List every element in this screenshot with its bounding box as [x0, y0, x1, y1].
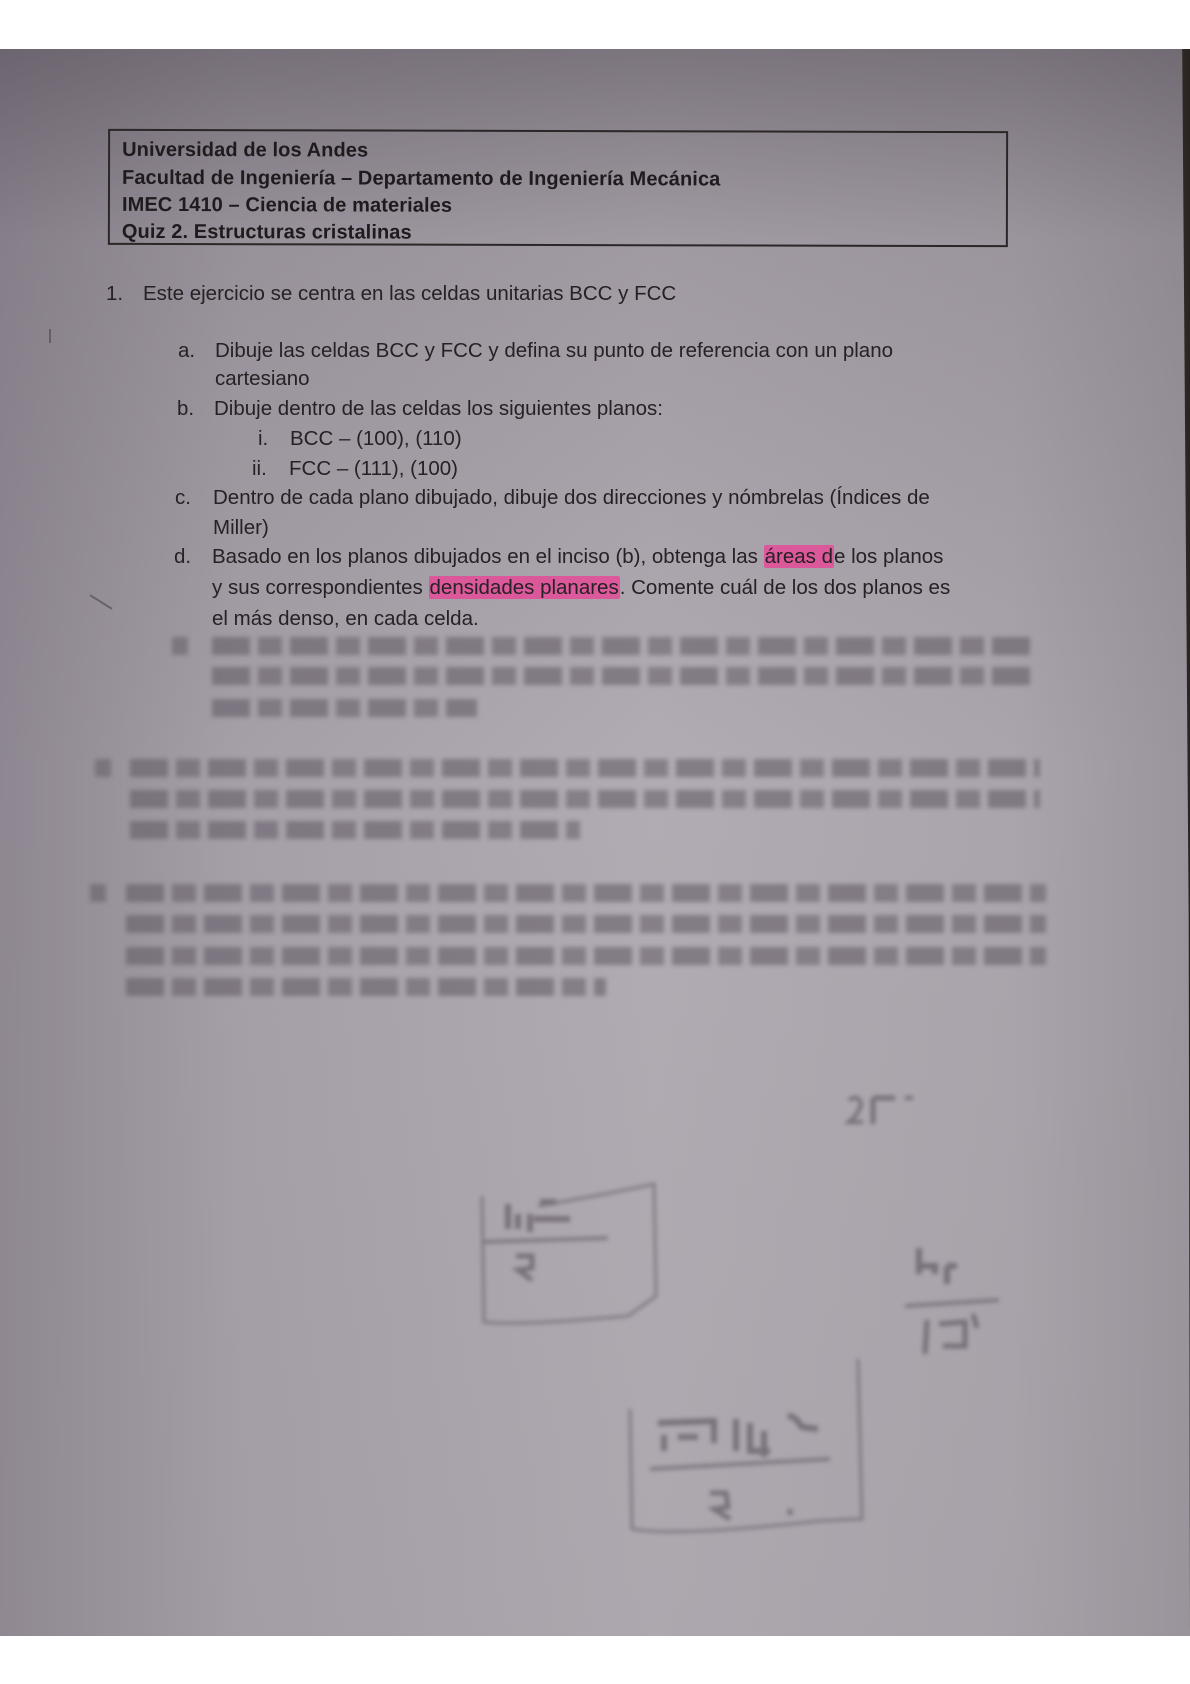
- course-name: IMEC 1410 – Ciencia de materiales: [122, 194, 452, 218]
- question-3-label-blurred: [90, 884, 106, 902]
- handwritten-boxed-fraction-3: [618, 1359, 868, 1554]
- item-e-label-blurred: [172, 637, 188, 655]
- item-b-line-1: Dibuje dentro de las celdas los siguient…: [214, 397, 663, 421]
- item-a-line-2: cartesiano: [215, 367, 310, 391]
- item-b-label: b.: [177, 397, 194, 421]
- item-c-line-1: Dentro de cada plano dibujado, dibuje do…: [213, 486, 930, 510]
- blurred-line: [212, 637, 1032, 655]
- highlight-areas: áreas d: [764, 545, 834, 568]
- item-d-line-1-text: Basado en los planos dibujados en el inc…: [212, 545, 764, 568]
- document-photo: Universidad de los Andes Facultad de Ing…: [0, 49, 1190, 1636]
- subitem-ii-label: ii.: [252, 457, 267, 481]
- highlight-densidades-planares: densidades planares: [429, 576, 620, 599]
- blurred-line: [126, 947, 1046, 965]
- question-1-text: Este ejercicio se centra en las celdas u…: [143, 282, 676, 306]
- handwritten-note-top: [845, 1094, 925, 1139]
- item-d-line-2-text-end: . Comente cuál de los dos planos es: [620, 576, 950, 599]
- subitem-i-text: BCC – (100), (110): [290, 427, 462, 451]
- handwriting-fraction-icon: [905, 1244, 1015, 1364]
- blurred-line: [130, 790, 1040, 808]
- margin-mark: [89, 594, 112, 609]
- subitem-i-label: i.: [258, 427, 268, 451]
- quiz-title: Quiz 2. Estructuras cristalinas: [122, 221, 412, 245]
- item-c-line-2: Miller): [213, 516, 269, 540]
- blurred-line: [126, 978, 606, 996]
- blurred-line: [126, 915, 1046, 933]
- page-edge-shadow: [1164, 49, 1190, 1636]
- subitem-ii-text: FCC – (111), (100): [289, 457, 458, 481]
- header-box: Universidad de los Andes Facultad de Ing…: [108, 129, 1008, 247]
- blurred-line: [130, 821, 580, 839]
- item-d-line-2-text: y sus correspondientes: [212, 576, 429, 599]
- faculty-name: Facultad de Ingeniería – Departamento de…: [122, 167, 720, 192]
- handwriting-fraction-box-icon: [478, 1184, 663, 1329]
- handwriting-fraction-box-icon: [618, 1359, 868, 1549]
- item-d-line-1: Basado en los planos dibujados en el inc…: [212, 545, 943, 569]
- item-d-line-2: y sus correspondientes densidades planar…: [212, 576, 950, 600]
- question-1-number: 1.: [106, 282, 123, 306]
- blurred-line: [212, 699, 477, 717]
- item-c-label: c.: [175, 486, 191, 510]
- question-2-label-blurred: [95, 759, 111, 777]
- university-name: Universidad de los Andes: [122, 139, 368, 163]
- blurred-line: [126, 884, 1046, 902]
- item-d-line-1-text-end: e los planos: [834, 545, 943, 568]
- item-a-line-1: Dibuje las celdas BCC y FCC y defina su …: [215, 339, 893, 363]
- item-a-label: a.: [178, 339, 195, 363]
- handwriting-2-gamma-icon: [845, 1094, 925, 1134]
- handwritten-fraction-2: [905, 1244, 1015, 1369]
- margin-mark: [49, 329, 51, 343]
- item-d-label: d.: [174, 545, 191, 569]
- item-d-line-3: el más denso, en cada celda.: [212, 607, 479, 631]
- blurred-line: [130, 759, 1040, 777]
- blurred-line: [212, 667, 1032, 685]
- handwritten-boxed-fraction-1: [478, 1184, 663, 1334]
